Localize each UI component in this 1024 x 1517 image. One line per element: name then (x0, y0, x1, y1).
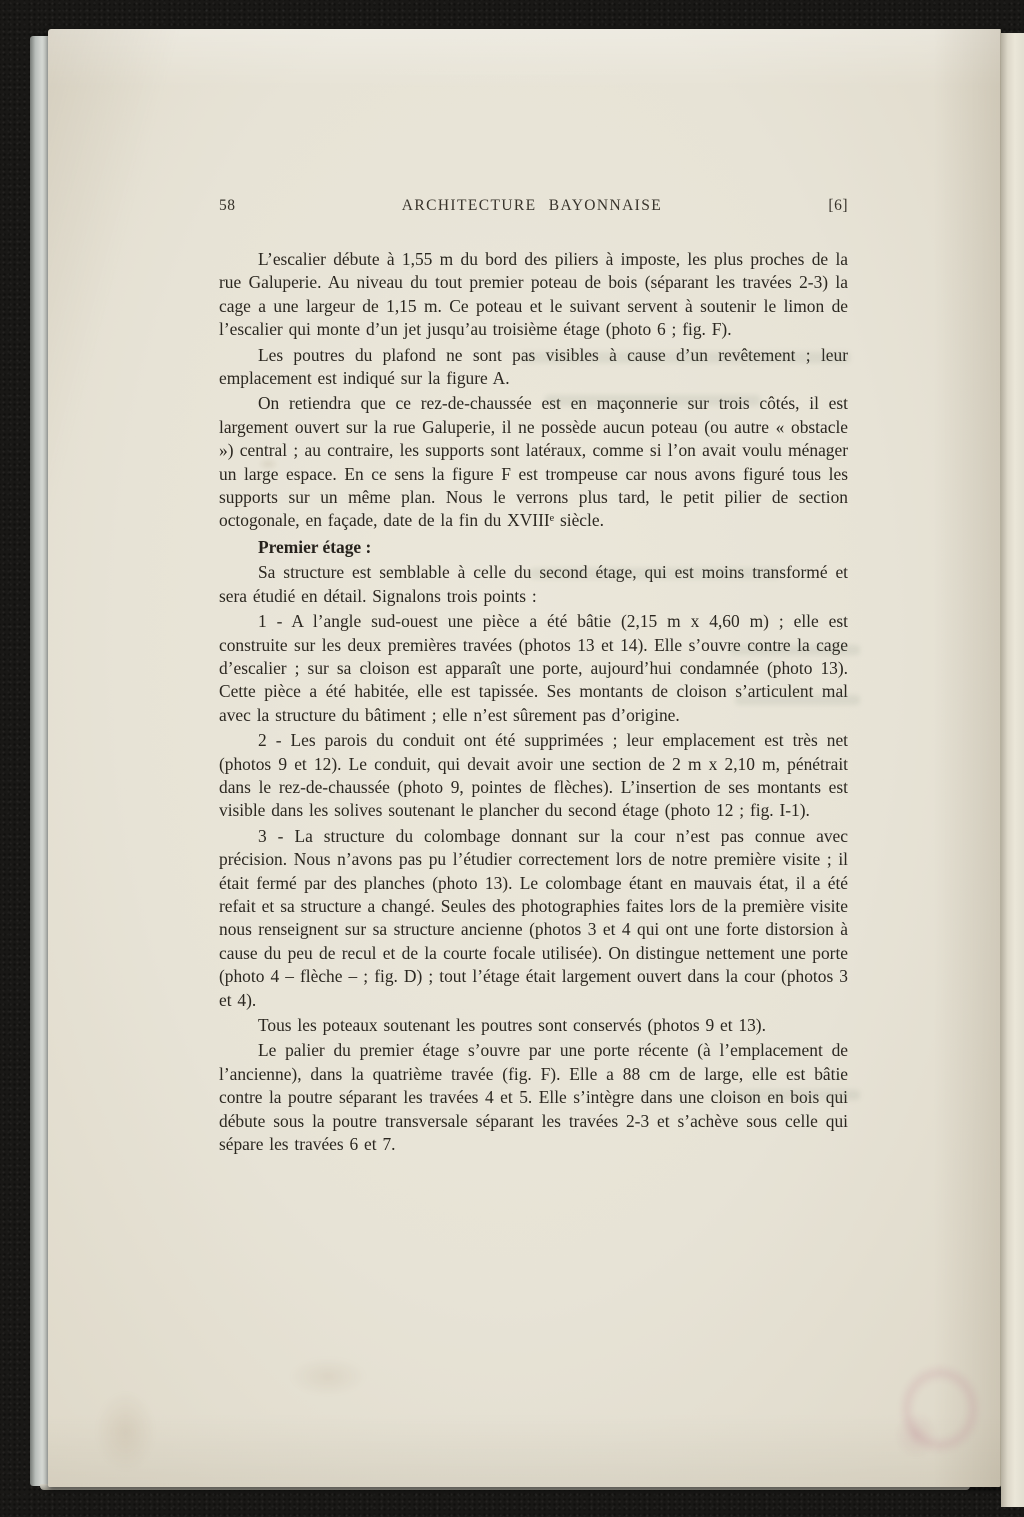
page-number: 58 (219, 197, 236, 215)
ink-show-through (735, 695, 860, 705)
running-title: ARCHITECTURE BAYONNAISE (402, 197, 662, 215)
ink-show-through (730, 1090, 860, 1100)
stain (83, 1374, 168, 1489)
page-text-block: 58 ARCHITECTURE BAYONNAISE [6] L’escalie… (219, 197, 848, 1158)
paragraph: L’escalier débute à 1,55 m du bord des p… (219, 248, 848, 342)
section-heading: Premier étage : (219, 536, 848, 559)
ink-show-through (520, 352, 850, 363)
ink-show-through (530, 568, 780, 579)
stain (273, 1349, 383, 1404)
book-page: 58 ARCHITECTURE BAYONNAISE [6] L’escalie… (48, 29, 1001, 1487)
paragraph: Tous les poteaux soutenant les poutres s… (219, 1014, 848, 1037)
paragraph: 2 - Les parois du conduit ont été suppri… (219, 729, 848, 823)
ink-show-through (730, 645, 860, 655)
paragraph: On retiendra que ce rez-de-chaussée est … (219, 392, 848, 532)
book-scan: 58 ARCHITECTURE BAYONNAISE [6] L’escalie… (0, 0, 1024, 1517)
stain (880, 1344, 1000, 1474)
issue-number: [6] (828, 197, 848, 215)
paragraph: 1 - A l’angle sud-ouest une pièce a été … (219, 610, 848, 727)
adjacent-page-edge (1001, 33, 1024, 1507)
ink-show-through (545, 395, 760, 406)
paragraph: 3 - La structure du colombage donnant su… (219, 825, 848, 1012)
stain (253, 454, 283, 474)
paragraph: Les poutres du plafond ne sont pas visib… (219, 344, 848, 391)
running-header: 58 ARCHITECTURE BAYONNAISE [6] (219, 197, 848, 215)
